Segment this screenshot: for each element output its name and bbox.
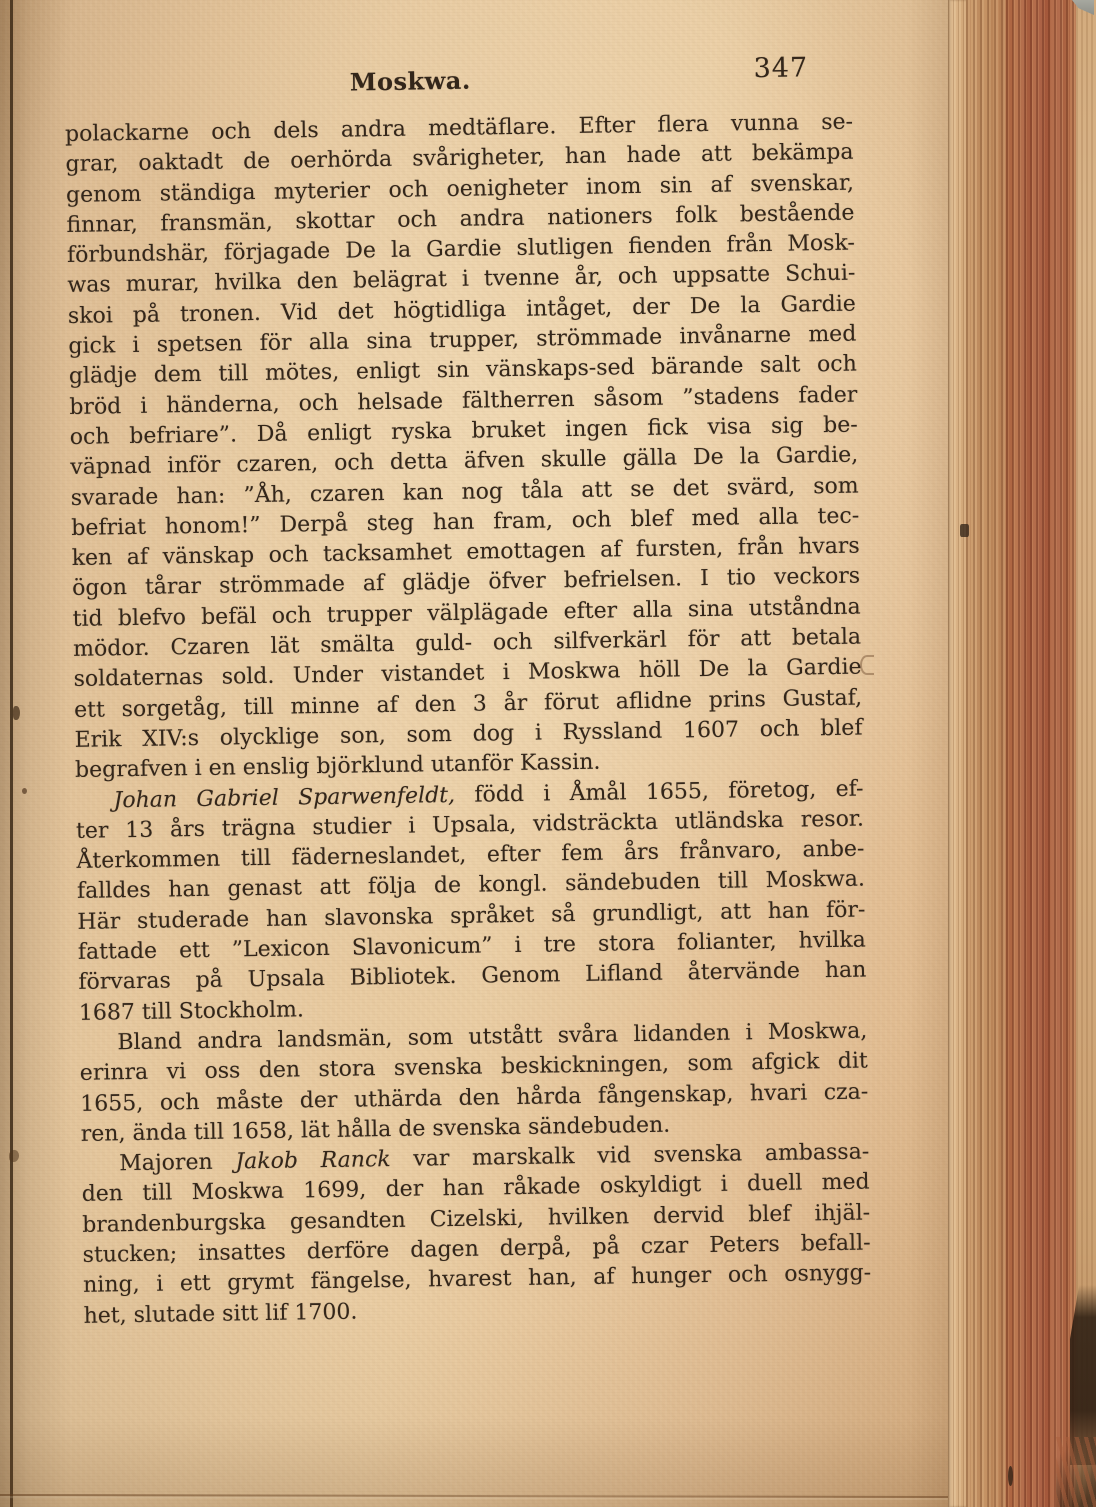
person-name-italic: Johan Gabriel Sparwenfeldt,: [113, 782, 455, 812]
page-blemish: [13, 706, 20, 720]
fore-edge-band: [966, 0, 1006, 1507]
book-scan: Moskwa. 347 polackarne och dels andra me…: [0, 0, 1096, 1507]
body-text: polackarne och dels andra medtäflare. Ef…: [65, 108, 872, 1332]
book-fore-edge: [948, 0, 1096, 1507]
fore-edge-mark: [1008, 1466, 1013, 1486]
fore-edge-corner-shadow: [1056, 1437, 1096, 1507]
text-segment: het, slutade sitt lif 1700.: [83, 1299, 357, 1328]
running-header-title: Moskwa.: [64, 61, 756, 101]
page-number: 347: [753, 52, 808, 84]
text-segment: begrafven i en enslig björklund utanför …: [75, 750, 601, 783]
text-segment: född i Åmål 1655, företog, ef-: [455, 776, 864, 807]
text-area: Moskwa. 347 polackarne och dels andra me…: [64, 54, 872, 1332]
page-bottom-edge: [0, 1494, 948, 1498]
text-segment: Majoren: [119, 1150, 235, 1177]
gutter-crease: [10, 0, 13, 1507]
person-name-italic: Jakob Ranck: [235, 1147, 391, 1174]
fore-edge-mark: [960, 524, 969, 537]
page-blemish: [22, 788, 27, 794]
page-blemish: [860, 655, 874, 675]
fore-edge-band: [948, 0, 966, 1507]
page-blemish: [9, 1150, 19, 1162]
text-segment: 1687 till Stockholm.: [79, 997, 304, 1026]
text-segment: var marskalk vid svenska ambassa-: [390, 1140, 869, 1173]
fore-edge-band: [1006, 0, 1076, 1507]
fore-edge-band: [1076, 0, 1096, 1507]
book-page: Moskwa. 347 polackarne och dels andra me…: [0, 0, 948, 1507]
